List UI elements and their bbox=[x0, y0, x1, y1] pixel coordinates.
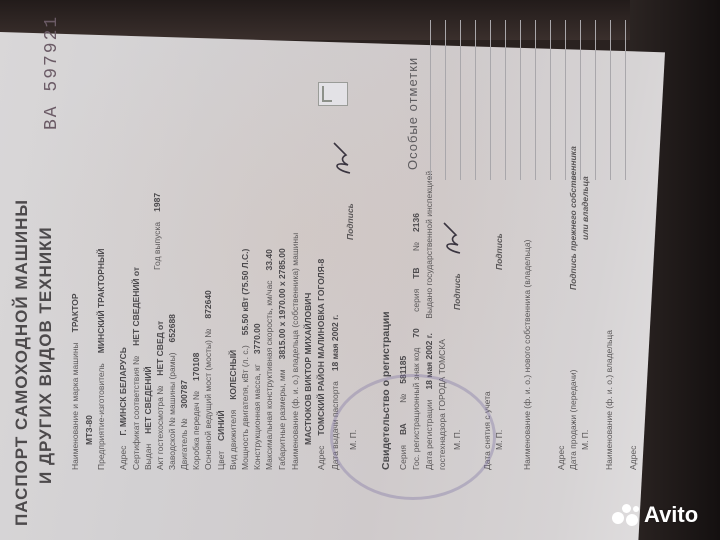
field-row: Сертификат соответствия №НЕТ СВЕДЕНИЙ от bbox=[131, 267, 142, 470]
field-label: Максимальная конструктивная скорость, км… bbox=[264, 280, 274, 470]
ruled-line bbox=[550, 20, 551, 180]
field-row: Наименование (ф. и. о.) владельца (собст… bbox=[290, 223, 301, 470]
ruled-line bbox=[445, 20, 446, 180]
mp-label-4: М. П. bbox=[580, 430, 591, 450]
field-row: Вид движителяКОЛЕСНЫЙ bbox=[228, 350, 239, 470]
field-row: Заводской № машины (рамы)652688 bbox=[167, 314, 178, 470]
field-value: КОЛЕСНЫЙ bbox=[228, 350, 238, 400]
field-value: 872640 bbox=[203, 290, 213, 318]
field-row: ВыданНЕТ СВЕДЕНИЙ bbox=[143, 366, 154, 470]
field-row: Конструкционная масса, кг3770.00 bbox=[252, 323, 263, 470]
serial-number: BA 597921 bbox=[42, 15, 62, 130]
signature-icon bbox=[440, 221, 466, 255]
ruled-line bbox=[610, 20, 611, 180]
avito-brand-text: Avito bbox=[644, 502, 698, 528]
field-label: Основной ведущий мост (мосты) № bbox=[203, 329, 213, 470]
signature-label-2: Подпись bbox=[452, 273, 463, 310]
ruled-line bbox=[430, 20, 431, 180]
field-label: Заводской № машины (рамы) bbox=[167, 352, 177, 470]
field-value: МИНСКИЙ ТРАКТОРНЫЙ bbox=[96, 249, 106, 354]
field-row: Предприятие-изготовительМИНСКИЙ ТРАКТОРН… bbox=[96, 249, 107, 470]
address-label-2: Адрес bbox=[628, 446, 639, 470]
field-label: Мощность двигателя, кВт (л. с.) bbox=[240, 345, 250, 470]
field-label: Двигатель № bbox=[179, 418, 189, 470]
field-row: Наименование и марка машиныТРАКТОР bbox=[70, 293, 81, 470]
field-label: Сертификат соответствия № bbox=[131, 356, 141, 470]
field-label: Габаритные размеры, мм bbox=[277, 369, 287, 470]
ruled-line bbox=[490, 20, 491, 180]
prev-owner-signature-2: или владельца bbox=[580, 176, 591, 240]
sale-date-label: Дата продажи (передачи) bbox=[568, 370, 579, 470]
field-label: Наименование (ф. и. о.) владельца (собст… bbox=[290, 233, 300, 470]
field-value: НЕТ СВЕДЕНИЙ от bbox=[131, 267, 141, 346]
field-label: Цвет bbox=[216, 451, 226, 470]
avito-watermark: Avito bbox=[612, 502, 698, 528]
title-line-1: ПАСПОРТ САМОХОДНОЙ МАШИНЫ bbox=[10, 199, 34, 526]
field-value: 652688 bbox=[167, 314, 177, 342]
field-value: СИНИЙ bbox=[216, 410, 226, 441]
field-row: Мощность двигателя, кВт (л. с.)55.50 кВт… bbox=[240, 249, 251, 470]
ruled-line bbox=[580, 20, 581, 180]
special-notes-heading: Особые отметки bbox=[405, 57, 420, 170]
ruled-line bbox=[565, 20, 566, 180]
field-row: МТЗ-80 bbox=[84, 415, 95, 455]
field-row: Двигатель №300787 bbox=[179, 380, 190, 470]
field-row: Максимальная конструктивная скорость, км… bbox=[264, 249, 275, 470]
field-row: АдресГ. МИНСК БЕЛАРУСЬ bbox=[118, 347, 129, 470]
field-row: Акт гостехосмотра №НЕТ СВЕД от bbox=[155, 321, 166, 470]
field-row: МАСТЮКОВ ВИКТОР МИХАЙЛОВИЧ bbox=[303, 293, 314, 455]
field-value: 170108 bbox=[191, 353, 201, 381]
field-label: Вид движителя bbox=[228, 410, 238, 470]
field-label: Выдан bbox=[143, 444, 153, 470]
field-row: ЦветСИНИЙ bbox=[216, 410, 227, 470]
round-stamp bbox=[330, 374, 496, 500]
ruled-line bbox=[505, 20, 506, 180]
field-value: НЕТ СВЕДЕНИЙ bbox=[143, 366, 153, 433]
year-field: Год выпуска1987 bbox=[152, 193, 163, 270]
field-value: МТЗ-80 bbox=[84, 415, 94, 445]
owner-label: Наименование (ф. и. о.) владельца bbox=[604, 330, 615, 470]
ruled-line bbox=[475, 20, 476, 180]
ruled-line bbox=[520, 20, 521, 180]
field-label: Адрес bbox=[316, 446, 326, 470]
title-line-2: И ДРУГИХ ВИДОВ ТЕХНИКИ bbox=[34, 199, 58, 484]
signature-label: Подпись bbox=[345, 203, 356, 240]
field-value: МАСТЮКОВ ВИКТОР МИХАЙЛОВИЧ bbox=[303, 293, 313, 445]
new-owner-label: Наименование (ф. и. о.) нового собственн… bbox=[522, 240, 533, 470]
field-row: Основной ведущий мост (мосты) №872640 bbox=[203, 290, 214, 470]
ruled-line bbox=[535, 20, 536, 180]
field-value: Г. МИНСК БЕЛАРУСЬ bbox=[118, 347, 128, 435]
field-label: Предприятие-изготовитель bbox=[96, 363, 106, 470]
address-label: Адрес bbox=[556, 446, 567, 470]
document-icon bbox=[318, 82, 348, 106]
field-value: 33.40 bbox=[264, 249, 274, 270]
field-label: Адрес bbox=[118, 446, 128, 470]
field-row: Габаритные размеры, мм3815.00 x 1970.00 … bbox=[277, 248, 288, 470]
field-label: Акт гостехосмотра № bbox=[155, 386, 165, 470]
field-label: Наименование и марка машины bbox=[70, 342, 80, 470]
field-label: Конструкционная масса, кг bbox=[252, 364, 262, 470]
field-label: Коробка передач № bbox=[191, 391, 201, 470]
field-value: ТРАКТОР bbox=[70, 293, 80, 332]
field-row: Коробка передач №170108 bbox=[191, 353, 202, 470]
prev-owner-signature: Подпись прежнего собственника bbox=[568, 146, 579, 290]
field-value: 300787 bbox=[179, 380, 189, 408]
ruled-line bbox=[595, 20, 596, 180]
ruled-line bbox=[460, 20, 461, 180]
field-value: НЕТ СВЕД от bbox=[155, 321, 165, 376]
field-row: АдресТОМСКИЙ РАЙОН МАЛИНОВКА ГОГОЛЯ-8 bbox=[316, 259, 327, 470]
field-value: 3815.00 x 1970.00 x 2785.00 bbox=[277, 248, 287, 359]
document-title: ПАСПОРТ САМОХОДНОЙ МАШИНЫ И ДРУГИХ ВИДОВ… bbox=[10, 199, 58, 526]
field-value: 18 мая 2002 г. bbox=[330, 315, 340, 371]
field-value: ТОМСКИЙ РАЙОН МАЛИНОВКА ГОГОЛЯ-8 bbox=[316, 259, 326, 436]
field-value: 55.50 кВт (75.50 Л.С.) bbox=[240, 249, 250, 336]
signature-label-3: Подпись bbox=[494, 233, 505, 270]
field-value: 3770.00 bbox=[252, 323, 262, 354]
ruled-line bbox=[625, 20, 626, 180]
avito-logo-icon bbox=[612, 504, 640, 526]
signature-icon bbox=[330, 141, 356, 175]
